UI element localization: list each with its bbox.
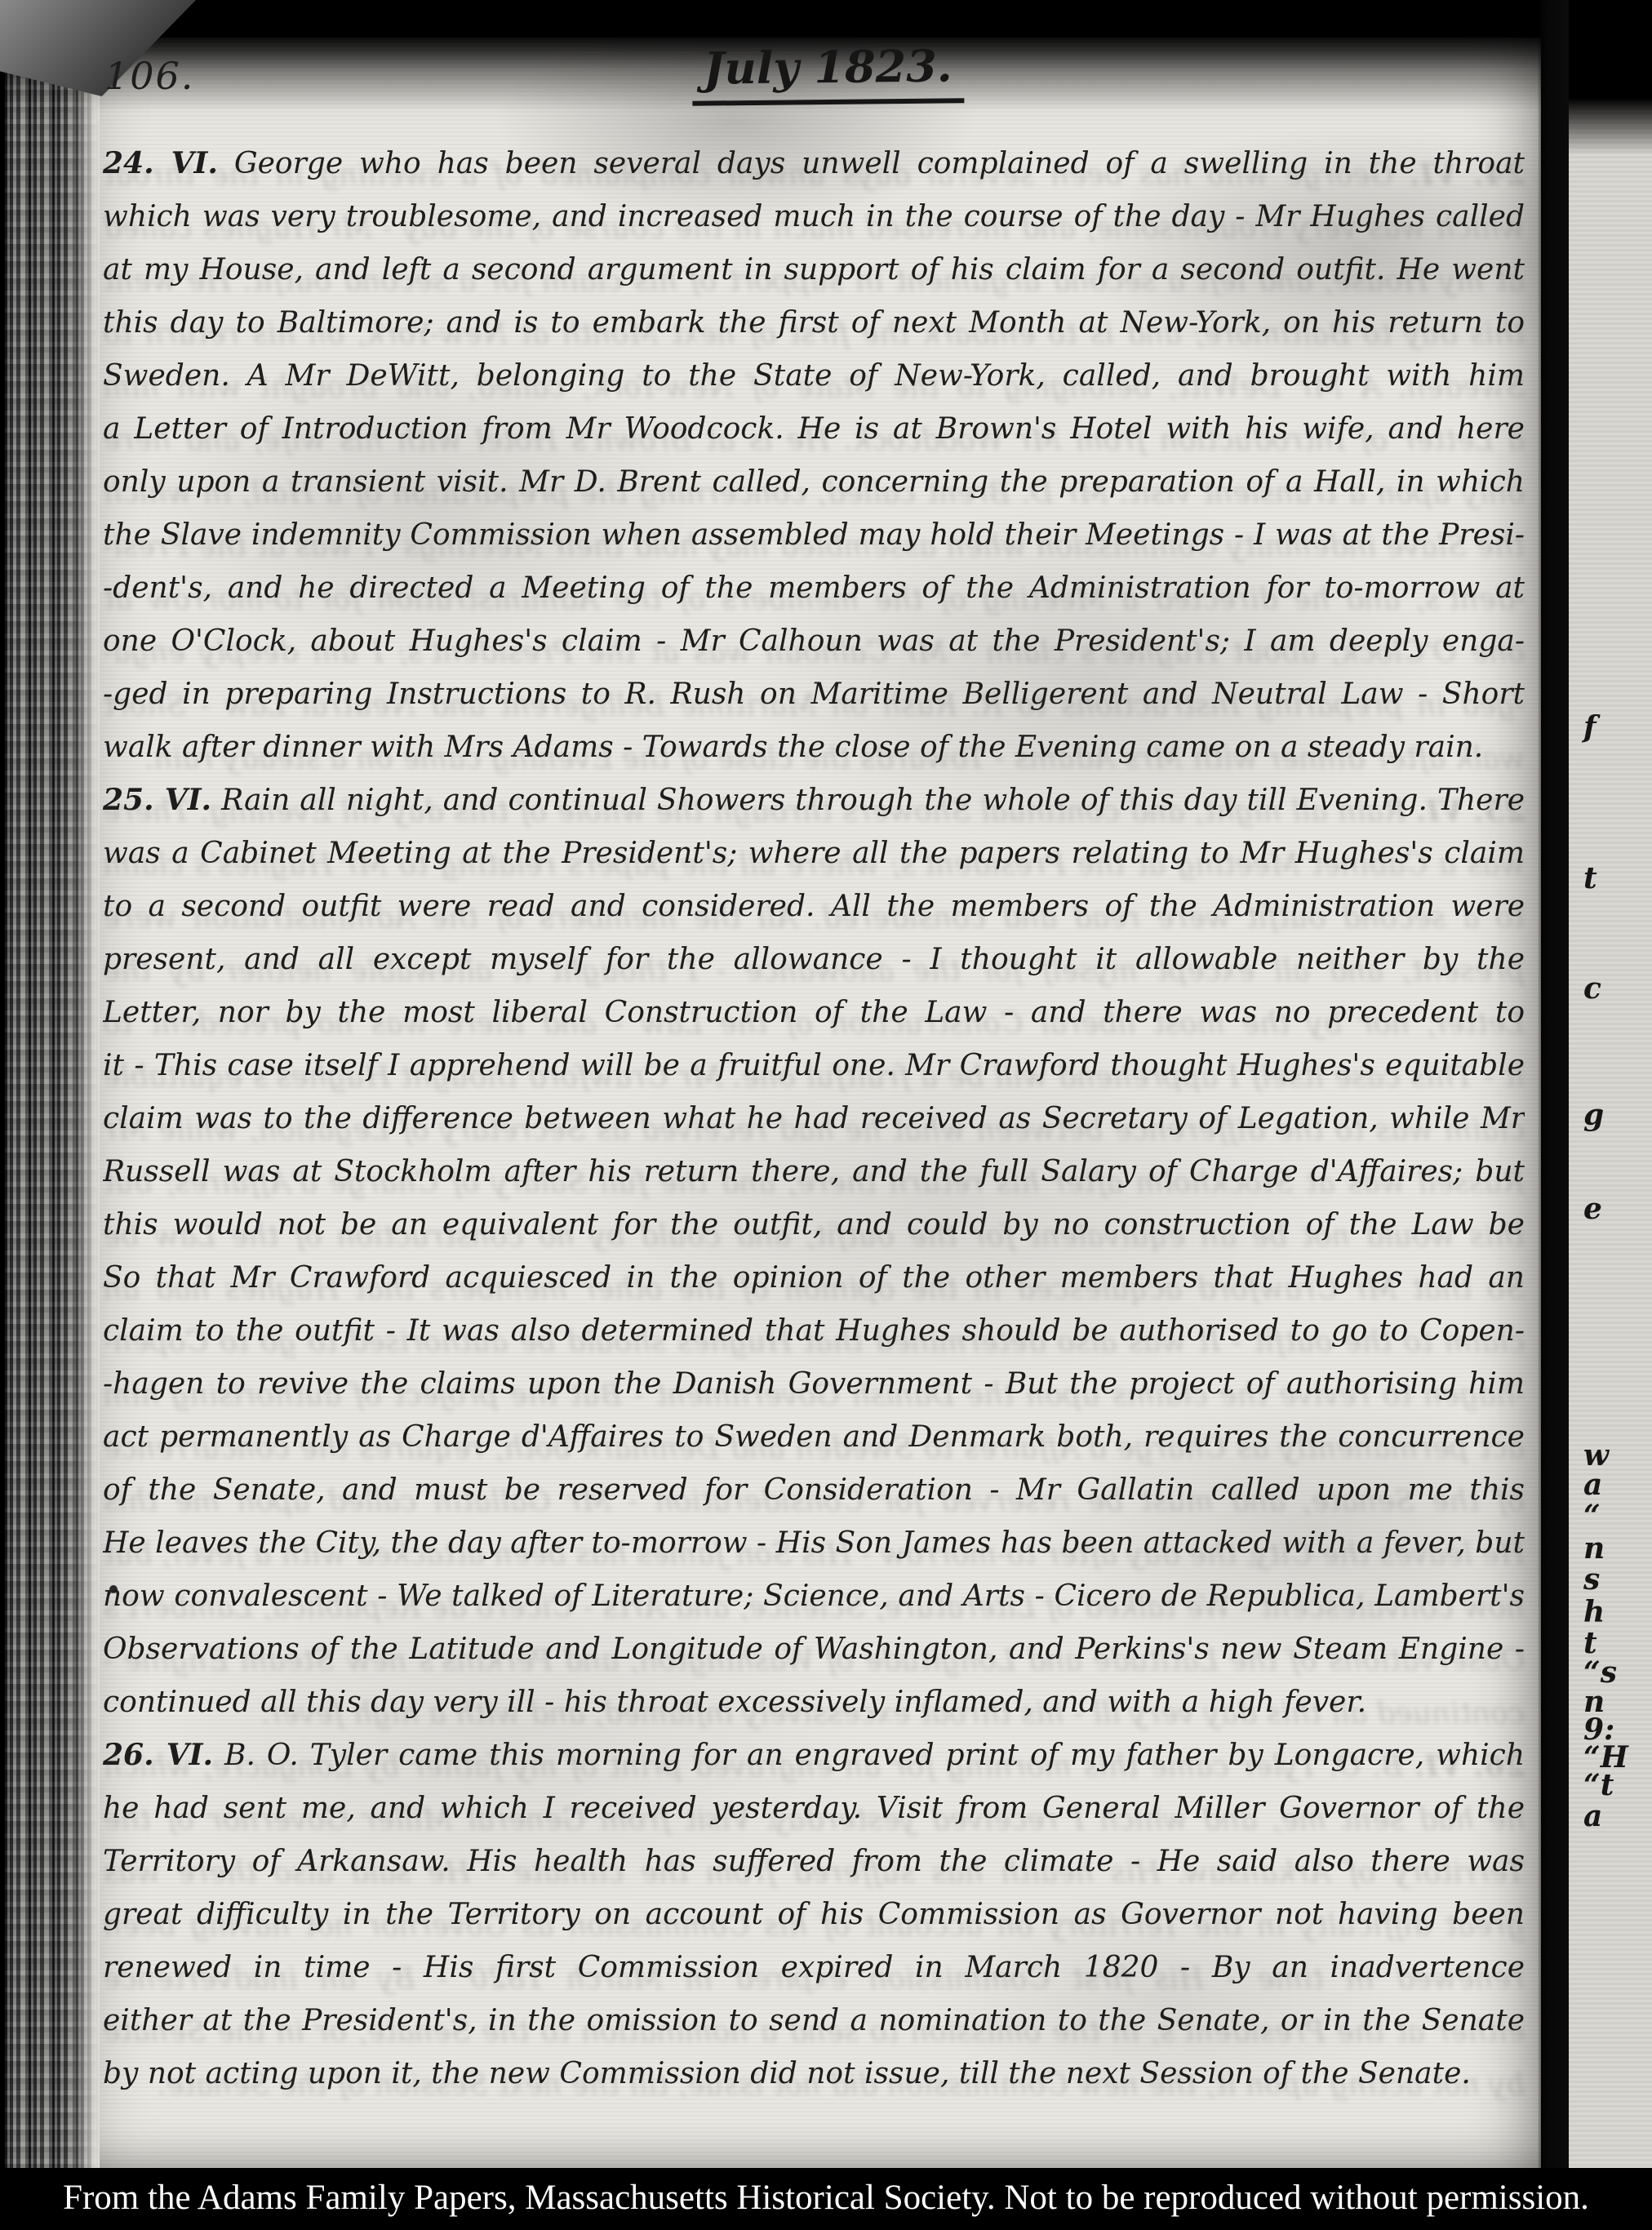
manuscript-line: this day to Baltimore; and is to embark … [103,296,1525,349]
manuscript-line: he had sent me, and which I received yes… [103,1782,1525,1835]
manuscript-line: -hagen to revive the claims upon the Dan… [103,1357,1525,1410]
manuscript-line: renewed in time - His first Commission e… [103,1941,1525,1994]
manuscript-line: Sweden. A Mr DeWitt, belonging to the St… [103,349,1525,402]
manuscript-line: was a Cabinet Meeting at the President's… [103,827,1525,880]
cutoff-letter-fragment: s [1583,1562,1600,1597]
entry-date-label: 25. VI. [103,783,211,817]
manuscript-line: continued all this day very ill - his th… [103,1676,1525,1729]
manuscript-line: it - This case itself I apprehend will b… [103,1039,1525,1092]
cutoff-letter-fragment: t [1583,861,1597,895]
manuscript-line: Letter, nor by the most liberal Construc… [103,986,1525,1039]
manuscript-line: great difficulty in the Territory on acc… [103,1888,1525,1941]
entry-first-line: 25. VI. Rain all night, and continual Sh… [103,774,1525,827]
manuscript-line: of the Senate, and must be reserved for … [103,1464,1525,1517]
manuscript-line: -ged in preparing Instructions to R. Rus… [103,668,1525,721]
cutoff-letter-fragment: “t [1583,1768,1614,1802]
manuscript-line: the Slave indemnity Commission when asse… [103,509,1525,562]
entry-first-line: 26. VI. B. O. Tyler came this morning fo… [103,1729,1525,1782]
page-number: 106. [104,54,194,98]
manuscript-line: either at the President's, in the omissi… [103,1994,1525,2047]
cutoff-letter-fragment: h [1583,1595,1605,1629]
page-gutter-line [1538,0,1569,2230]
manuscript-line: Russell was at Stockholm after his retur… [103,1145,1525,1198]
credit-band: From the Adams Family Papers, Massachuse… [0,2168,1652,2230]
manuscript-line: claim to the outfit - It was also determ… [103,1304,1525,1357]
entry-date-label: 26. VI. [103,1738,213,1772]
manuscript-line: a Letter of Introduction from Mr Woodcoc… [103,402,1525,455]
cutoff-letter-fragment: e [1583,1192,1602,1226]
cutoff-letter-fragment: c [1583,971,1601,1006]
manuscript-text: 24. VI. George who has been several days… [103,137,1525,2100]
manuscript-line: which was very troublesome, and increase… [103,190,1525,243]
manuscript-line: only upon a transient visit. Mr D. Brent… [103,455,1525,509]
entry-date-label: 24. VI. [103,146,218,180]
date-heading: July 1823. [692,39,964,105]
manuscript-line: He leaves the City, the day after to-mor… [103,1517,1525,1570]
manuscript-line: present, and all except myself for the a… [103,933,1525,986]
scanned-diary-page: ftcgewa“nsht“sn9:“H“ta 106. July 1823. 2… [0,0,1652,2230]
manuscript-line: by not acting upon it, the new Commissio… [103,2047,1525,2100]
manuscript-line: act permanently as Charge d'Affaires to … [103,1410,1525,1464]
manuscript-line: walk after dinner with Mrs Adams - Towar… [103,721,1525,774]
manuscript-line: to a second outfit were read and conside… [103,880,1525,933]
manuscript-line: -dent's, and he directed a Meeting of th… [103,562,1525,615]
manuscript-line: now convalescent - We talked of Literatu… [103,1570,1525,1623]
manuscript-line: So that Mr Crawford acquiesced in the op… [103,1251,1525,1304]
top-black-border [0,0,1652,38]
manuscript-line: Territory of Arkansaw. His health has su… [103,1835,1525,1888]
entry-first-line: 24. VI. George who has been several days… [103,137,1525,190]
cutoff-letter-fragment: f [1583,710,1596,744]
book-binding-edge [5,38,100,2170]
cutoff-letter-fragment: g [1583,1098,1604,1132]
credit-caption: From the Adams Family Papers, Massachuse… [0,2178,1652,2218]
manuscript-line: one O'Clock, about Hughes's claim - Mr C… [103,615,1525,668]
cutoff-letter-fragment: a [1583,1468,1602,1502]
cutoff-letter-fragment: n [1583,1531,1605,1566]
cutoff-letter-fragment: a [1583,1799,1602,1833]
cutoff-letter-fragment: “ [1583,1499,1601,1533]
facing-page-sliver: ftcgewa“nsht“sn9:“H“ta [1569,0,1652,2230]
manuscript-line: this would not be an equivalent for the … [103,1198,1525,1251]
manuscript-line: Observations of the Latitude and Longitu… [103,1623,1525,1676]
manuscript-line: at my House, and left a second argument … [103,243,1525,296]
manuscript-line: claim was to the difference between what… [103,1092,1525,1145]
